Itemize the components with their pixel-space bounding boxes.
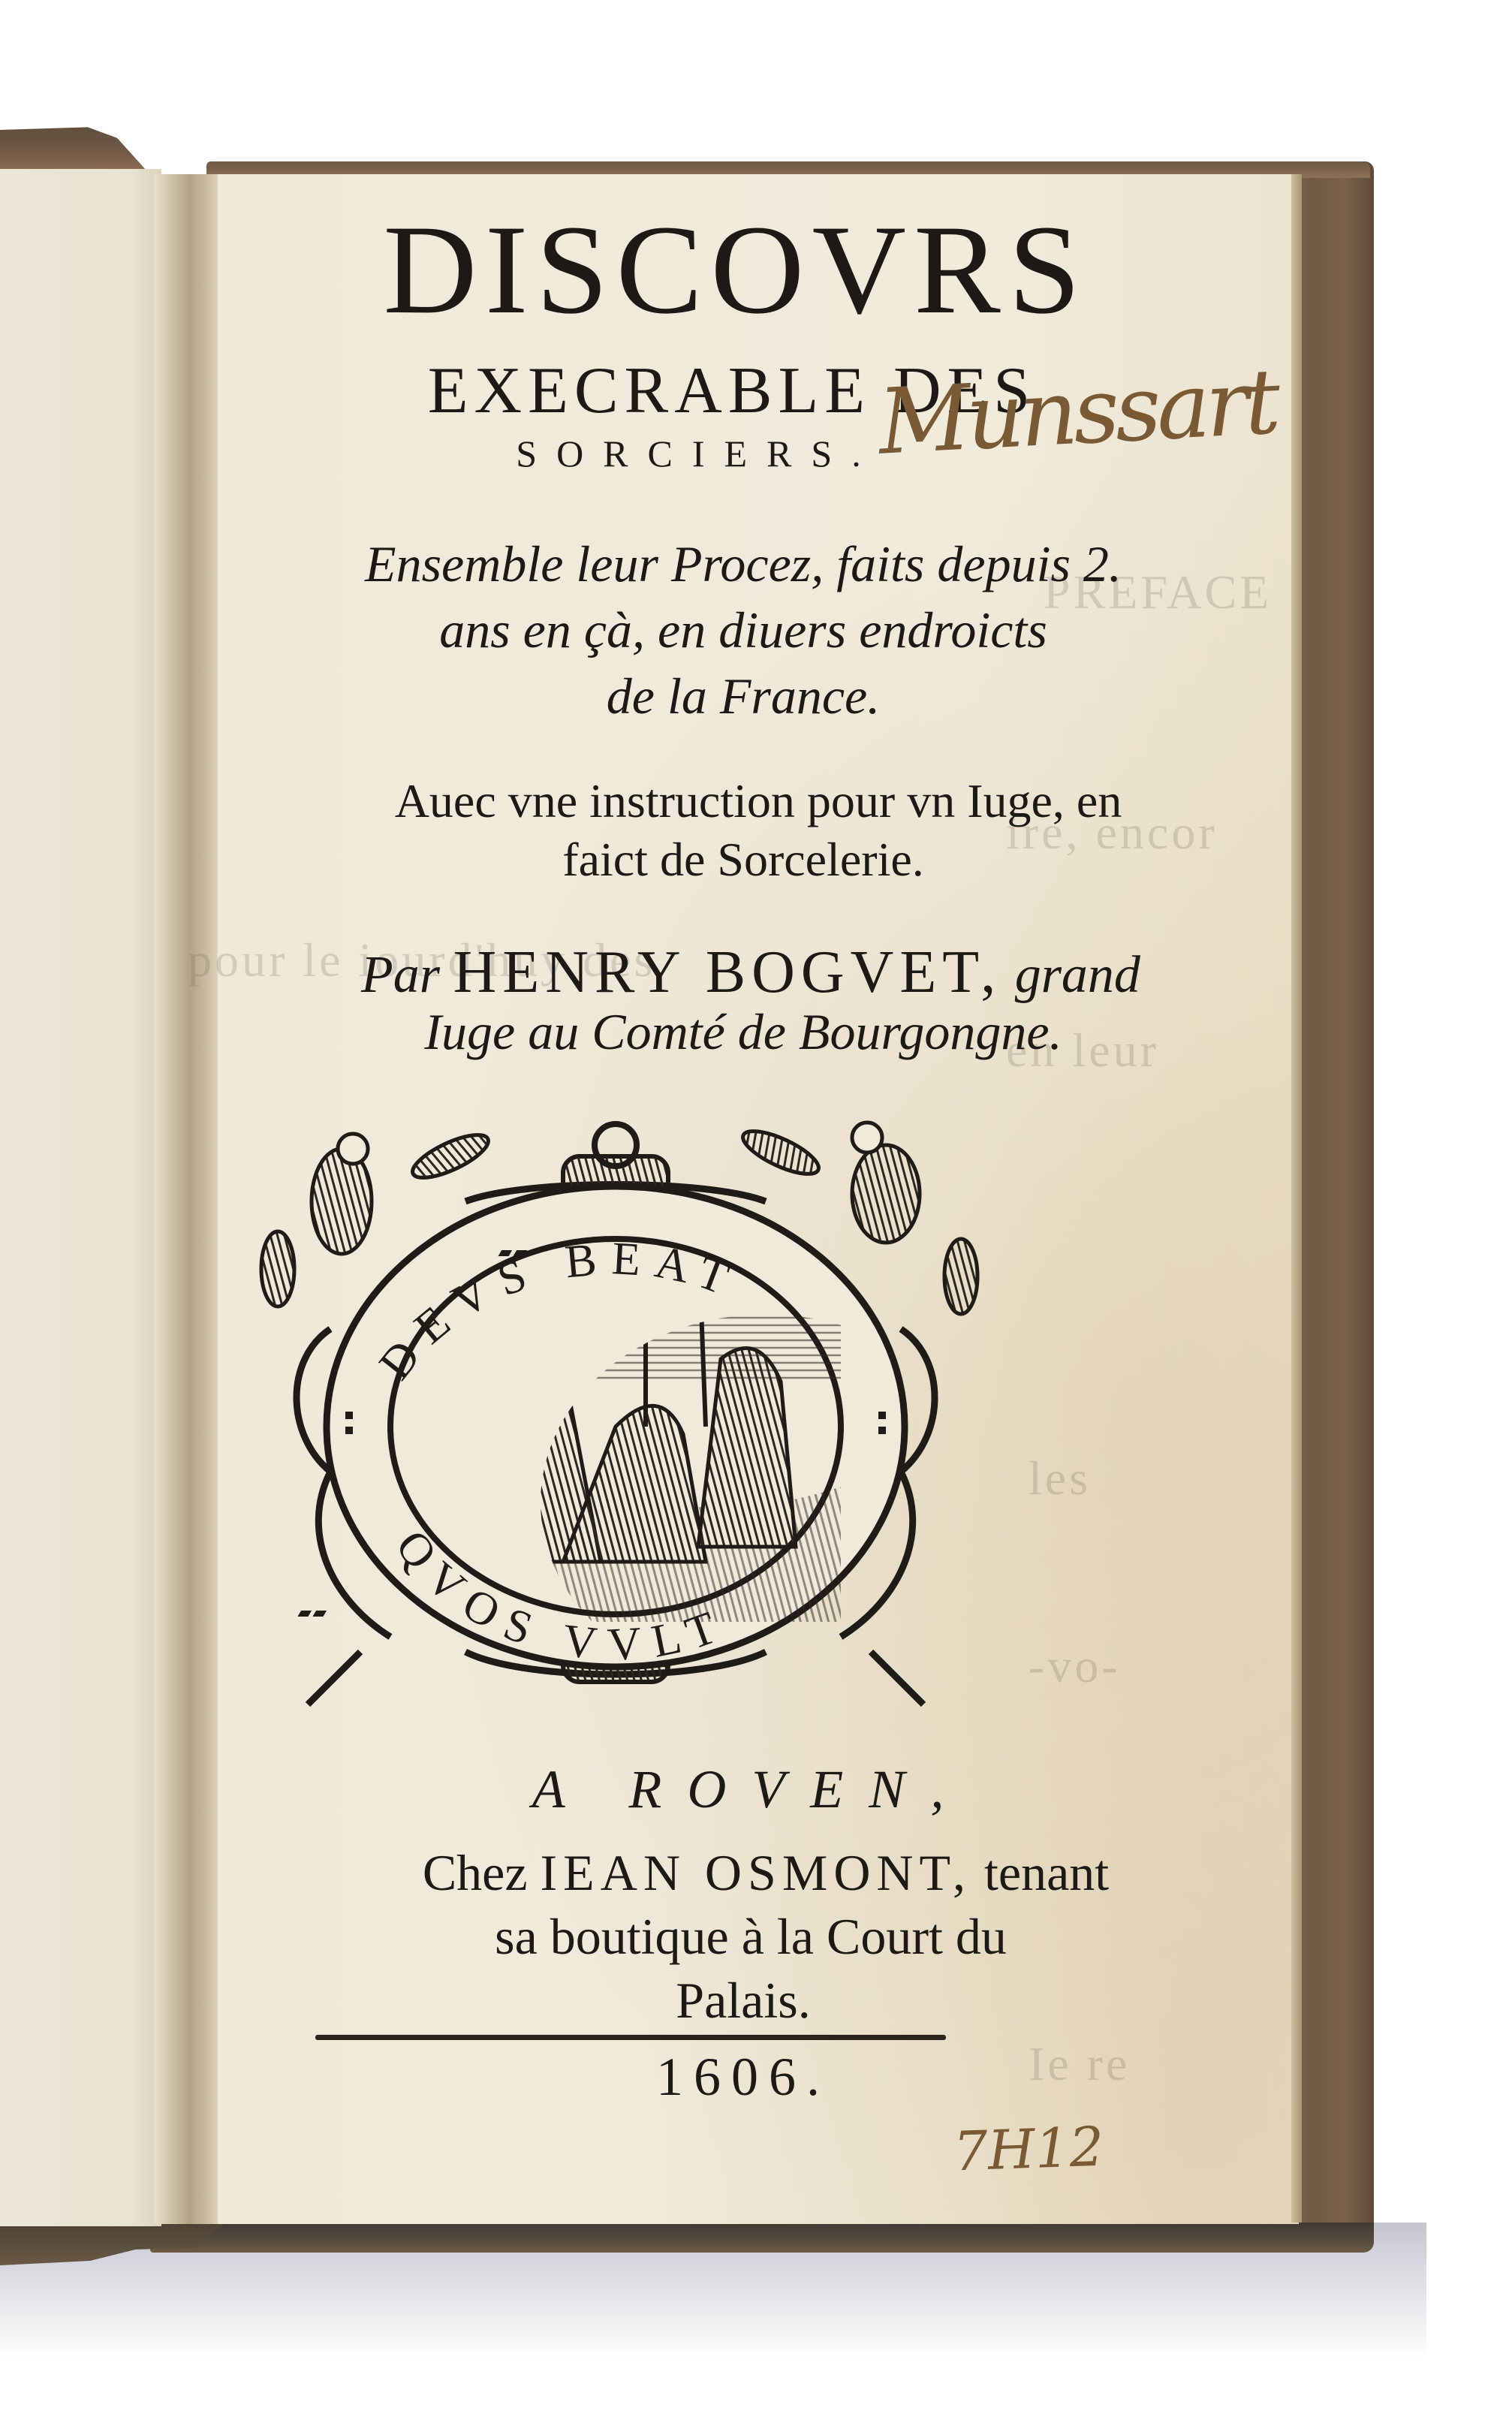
handwritten-signature: Munssart	[876, 350, 1279, 475]
author-suffix: grand	[1015, 946, 1140, 1004]
printers-device-woodcut: DEVS BEAT QVOS VVLT	[240, 1111, 991, 1712]
bleed-through-text: -vo-	[1029, 1638, 1121, 1694]
imprint-address-line: sa boutique à la Court du	[210, 1907, 1291, 1966]
subtitle-line-2: ans en çà, en diuers endroicts	[203, 601, 1284, 660]
imprint-printer-name: IEAN OSMONT,	[541, 1844, 972, 1901]
imprint-printer-line: Chez IEAN OSMONT, tenant	[225, 1843, 1306, 1903]
author-line: Par HENRY BOGVET, grand	[210, 939, 1291, 1007]
instruction-line-1: Auec vne instruction pour vn Iuge, en	[218, 773, 1299, 829]
imprint-city: A ROVEN,	[210, 1758, 1291, 1821]
bird-right-icon	[852, 1123, 920, 1243]
instruction-line-2: faict de Sorcelerie.	[203, 832, 1284, 888]
title-line-1: DISCOVRS	[185, 197, 1288, 343]
imprint-printer-suffix: tenant	[984, 1844, 1109, 1901]
bleed-through-text: les	[1029, 1451, 1091, 1506]
imprint-address-line-2: Palais.	[203, 1971, 1284, 2030]
author-title-line: Iuge au Comté de Bourgongne.	[203, 1002, 1284, 1062]
board-bottom-edge	[150, 2223, 1374, 2253]
imprint-rule-divider	[315, 2035, 946, 2040]
page-fore-edge	[1291, 174, 1302, 2223]
bird-left-icon	[312, 1134, 372, 1254]
handwritten-price-mark: 7H12	[953, 2115, 1105, 2183]
author-name: HENRY BOGVET,	[453, 939, 1002, 1005]
publication-year: 1606.	[203, 2046, 1284, 2108]
subtitle-line-3: de la France.	[203, 667, 1284, 726]
author-prefix: Par	[361, 946, 440, 1004]
subtitle-line-1: Ensemble leur Procez, faits depuis 2.	[203, 535, 1284, 594]
left-cover-top-edge	[0, 116, 146, 170]
imprint-printer-prefix: Chez	[423, 1844, 528, 1901]
left-endpaper	[0, 169, 161, 2226]
